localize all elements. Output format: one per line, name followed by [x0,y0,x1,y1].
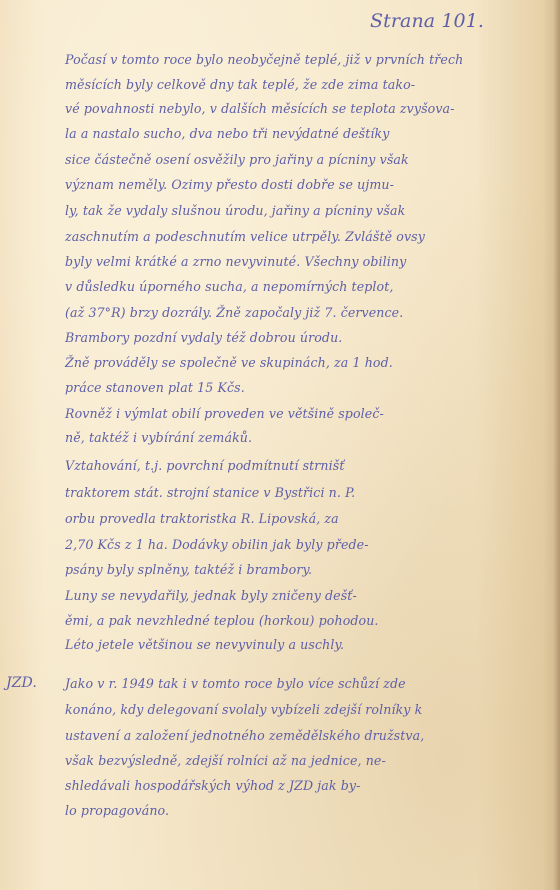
jzd-text-line: Jako v r. 1949 tak i v tomto roce bylo v… [65,676,406,691]
text-line: Léto jetele většinou se nevyvinuly a usc… [65,637,344,652]
chronicle-page: Strana 101. Počasí v tomto roce bylo neo… [0,0,560,890]
text-line: byly velmi krátké a zrno nevyvinuté. Vše… [65,254,406,269]
text-line: význam neměly. Ozimy přesto dosti dobře … [65,177,394,192]
jzd-margin-label: JZD. [6,675,37,691]
text-line: vé povahnosti nebylo, v dalších měsících… [65,101,455,116]
text-line: práce stanoven plat 15 Kčs. [65,380,245,395]
jzd-text-line: shledávali hospodářských výhod z JZD jak… [65,778,360,793]
text-line: zaschnutím a podeschnutím velice utrpěly… [65,229,425,244]
text-line: Žně prováděly se společně ve skupinách, … [65,355,393,370]
jzd-text-line: konáno, kdy delegovaní svolaly vybízeli … [65,702,422,717]
text-line: měsících byly celkově dny tak teplé, že … [65,77,415,92]
page-edge-shadow [554,0,560,890]
text-line: Vztahování, t.j. povrchní podmítnutí str… [65,458,344,473]
text-line: Brambory pozdní vydaly též dobrou úrodu. [65,330,342,345]
jzd-text-line: ustavení a založení jednotného zemědělsk… [65,728,424,743]
text-line: sice částečně osení osvěžily pro jařiny … [65,152,409,167]
text-line: traktorem stát. strojní stanice v Bystři… [65,485,355,500]
text-line: Rovněž i výmlat obilí proveden ve většin… [65,406,384,421]
text-line: (až 37°R) brzy dozrály. Žně započaly již… [65,305,403,320]
text-line: orbu provedla traktoristka R. Lipovská, … [65,511,339,526]
text-line: Počasí v tomto roce bylo neobyčejně tepl… [65,52,463,67]
text-line: ně, taktéž i vybírání zemáků. [65,430,252,445]
text-line: 2,70 Kčs z 1 ha. Dodávky obilin jak byly… [65,537,369,552]
text-line: v důsledku úporného sucha, a nepomírných… [65,279,393,294]
jzd-text-line: však bezvýsledně, zdejší rolníci až na j… [65,753,386,768]
text-line: psány byly splněny, taktéž i brambory. [65,562,312,577]
page-number: Strana 101. [370,10,484,32]
text-line: ěmi, a pak nevzhledné teplou (horkou) po… [65,613,379,628]
text-line: ly, tak že vydaly slušnou úrodu, jařiny … [65,203,405,218]
jzd-text-line: lo propagováno. [65,803,169,818]
text-line: Luny se nevydařily, jednak byly zničeny … [65,588,357,603]
text-line: la a nastalo sucho, dva nebo tři nevýdat… [65,126,389,141]
